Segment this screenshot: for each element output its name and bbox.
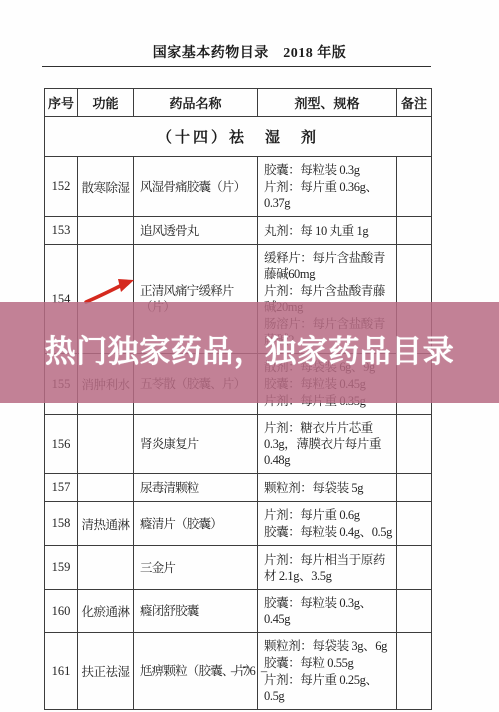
row-function: [78, 474, 134, 502]
table-row: 160 化瘀通淋 癃闭舒胶囊 胶囊：每粒装 0.3g、0.45g: [45, 590, 432, 633]
spec-line: 颗粒剂：每袋装 3g、6g: [264, 638, 393, 654]
row-serial: 159: [45, 546, 78, 590]
row-function: [78, 415, 134, 474]
spec-line: 片剂：每片重 0.36g、0.37g: [264, 179, 393, 211]
spec-line: 胶囊：每粒装 0.3g、0.45g: [264, 595, 393, 627]
table-row: 153 追风透骨丸 丸剂：每 10 丸重 1g: [45, 217, 432, 245]
header-row: 序号 功能 药品名称 剂型、规格 备注: [45, 89, 432, 117]
row-form-spec: 丸剂：每 10 丸重 1g: [258, 217, 397, 245]
row-note: [397, 590, 432, 633]
col-header-function: 功能: [78, 89, 134, 117]
drug-table-body: （十四）祛 湿 剂 152 散寒除湿 风湿骨痛胶囊（片） 胶囊：每粒装 0.3g…: [45, 117, 432, 710]
row-function: [78, 546, 134, 590]
row-form-spec: 片剂：每片重 0.6g胶囊：每粒装 0.4g、0.5g: [258, 502, 397, 546]
row-note: [397, 474, 432, 502]
section-title: （十四）祛 湿 剂: [45, 117, 432, 157]
row-serial: 152: [45, 157, 78, 217]
row-function: 散寒除湿: [78, 157, 134, 217]
row-drug-name: 追风透骨丸: [134, 217, 258, 245]
row-serial: 153: [45, 217, 78, 245]
table-row: 158 清热通淋 癃清片（胶囊） 片剂：每片重 0.6g胶囊：每粒装 0.4g、…: [45, 502, 432, 546]
spec-line: 颗粒剂：每袋装 5g: [264, 480, 393, 496]
row-note: [397, 546, 432, 590]
row-drug-name: 癃闭舒胶囊: [134, 590, 258, 633]
table-row: 157 尿毒清颗粒 颗粒剂：每袋装 5g: [45, 474, 432, 502]
col-header-form-spec: 剂型、规格: [258, 89, 397, 117]
section-row: （十四）祛 湿 剂: [45, 117, 432, 157]
row-drug-name: 癃清片（胶囊）: [134, 502, 258, 546]
row-form-spec: 胶囊：每粒装 0.3g片剂：每片重 0.36g、0.37g: [258, 157, 397, 217]
row-form-spec: 片剂：每片相当于原药材 2.1g、3.5g: [258, 546, 397, 590]
row-note: [397, 502, 432, 546]
table-row: 152 散寒除湿 风湿骨痛胶囊（片） 胶囊：每粒装 0.3g片剂：每片重 0.3…: [45, 157, 432, 217]
row-serial: 160: [45, 590, 78, 633]
row-drug-name: 肾炎康复片: [134, 415, 258, 474]
page-title: 国家基本药物目录 2018 年版: [0, 42, 499, 62]
page-number: – 76 –: [0, 664, 499, 679]
spec-line: 片剂：每片相当于原药材 2.1g、3.5g: [264, 552, 393, 584]
row-note: [397, 217, 432, 245]
promo-banner: 热门独家药品，独家药品目录: [0, 302, 499, 403]
spec-line: 胶囊：每粒装 0.4g、0.5g: [264, 524, 393, 540]
col-header-drug-name: 药品名称: [134, 89, 258, 117]
promo-banner-text: 热门独家药品，独家药品目录: [45, 326, 455, 371]
spec-line: 片剂：每片重 0.6g: [264, 507, 393, 523]
row-note: [397, 157, 432, 217]
col-header-serial: 序号: [45, 89, 78, 117]
table-row: 159 三金片 片剂：每片相当于原药材 2.1g、3.5g: [45, 546, 432, 590]
col-header-note: 备注: [397, 89, 432, 117]
row-note: [397, 415, 432, 474]
row-form-spec: 片剂：糖衣片片芯重 0.3g，薄膜衣片每片重 0.48g: [258, 415, 397, 474]
spec-line: 片剂：糖衣片片芯重 0.3g，薄膜衣片每片重 0.48g: [264, 420, 393, 468]
spec-line: 丸剂：每 10 丸重 1g: [264, 223, 393, 239]
document-page: 国家基本药物目录 2018 年版 序号 功能 药品名称 剂型、规格 备注 （十四…: [0, 0, 499, 712]
row-serial: 158: [45, 502, 78, 546]
drug-table-header: 序号 功能 药品名称 剂型、规格 备注: [45, 89, 432, 117]
title-divider: [42, 66, 431, 67]
row-drug-name: 风湿骨痛胶囊（片）: [134, 157, 258, 217]
row-form-spec: 胶囊：每粒装 0.3g、0.45g: [258, 590, 397, 633]
row-function: 化瘀通淋: [78, 590, 134, 633]
table-row: 156 肾炎康复片 片剂：糖衣片片芯重 0.3g，薄膜衣片每片重 0.48g: [45, 415, 432, 474]
row-drug-name: 尿毒清颗粒: [134, 474, 258, 502]
spec-line: 缓释片：每片含盐酸青藤碱60mg: [264, 250, 393, 282]
row-function: 清热通淋: [78, 502, 134, 546]
spec-line: 胶囊：每粒装 0.3g: [264, 162, 393, 178]
row-serial: 156: [45, 415, 78, 474]
row-function: [78, 217, 134, 245]
row-drug-name: 三金片: [134, 546, 258, 590]
row-serial: 157: [45, 474, 78, 502]
row-form-spec: 颗粒剂：每袋装 5g: [258, 474, 397, 502]
